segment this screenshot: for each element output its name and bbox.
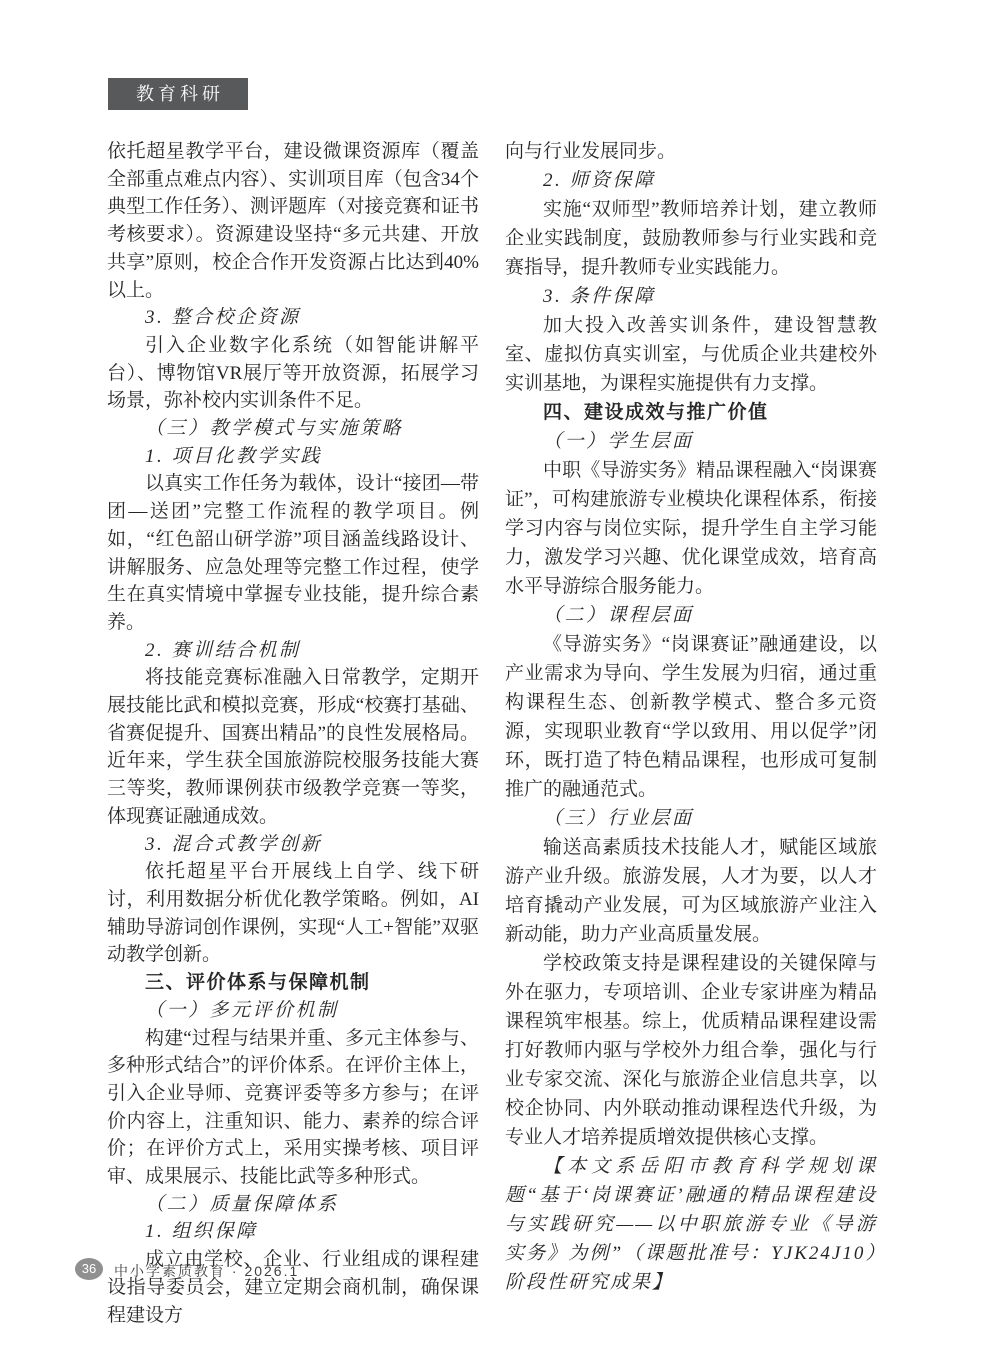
text-block-subhead: （一）多元评价机制 — [107, 997, 479, 1025]
text-block-heading: 三、评价体系与保障机制 — [107, 969, 479, 997]
text-block-paragraph: 实施“双师型”教师培养计划，建立教师企业实践制度，鼓励教师参与行业实践和竞赛指导… — [505, 195, 877, 282]
text-block-subhead: 2. 师资保障 — [505, 166, 877, 195]
text-block-paragraph: 依托超星平台开展线上自学、线下研讨，利用数据分析优化教学策略。例如，AI辅助导游… — [107, 858, 479, 969]
text-block-paragraph: 成立由学校、企业、行业组成的课程建设指导委员会，建立定期会商机制，确保课程建设方 — [107, 1246, 479, 1329]
text-block-subhead: （三）行业层面 — [505, 804, 877, 833]
text-block-paragraph: 构建“过程与结果并重、多元主体参与、多种形式结合”的评价体系。在评价主体上，引入… — [107, 1025, 479, 1191]
journal-footline: 中小学素质教育 · 2026.1 — [114, 1261, 299, 1281]
text-block-paragraph: 中职《导游实务》精品课程融入“岗课赛证”，可构建旅游专业模块化课程体系，衔接学习… — [505, 456, 877, 601]
article-left-column: 依托超星教学平台，建设微课资源库（覆盖全部重点难点内容）、实训项目库（包含34个… — [107, 138, 479, 1329]
text-block-note: 【本文系岳阳市教育科学规划课题“基于‘岗课赛证’融通的精品课程建设与实践研究——… — [505, 1152, 877, 1297]
text-block-heading: 四、建设成效与推广价值 — [505, 398, 877, 427]
text-block-subhead: 3. 整合校企资源 — [107, 304, 479, 332]
text-block-subhead: 3. 混合式教学创新 — [107, 831, 479, 859]
text-block-subhead: （二）质量保障体系 — [107, 1191, 479, 1219]
text-block-paragraph: 《导游实务》“岗课赛证”融通建设，以产业需求为导向、学生发展为归宿，通过重构课程… — [505, 630, 877, 804]
text-block-paragraph: 以真实工作任务为载体，设计“接团—带团—送团”完整工作流程的教学项目。例如，“红… — [107, 470, 479, 636]
journal-page: 教育科研 依托超星教学平台，建设微课资源库（覆盖全部重点难点内容）、实训项目库（… — [0, 0, 992, 1346]
text-block-subhead: （三）教学模式与实施策略 — [107, 415, 479, 443]
text-block-subhead: 2. 赛训结合机制 — [107, 637, 479, 665]
text-block-paragraph: 引入企业数字化系统（如智能讲解平台）、博物馆VR展厅等开放资源，拓展学习场景，弥… — [107, 332, 479, 415]
page-number-badge: 36 — [75, 1258, 103, 1280]
text-block-paragraph: 输送高素质技术技能人才，赋能区域旅游产业升级。旅游发展，人才为要，以人才培育撬动… — [505, 833, 877, 949]
text-block-subhead: （二）课程层面 — [505, 601, 877, 630]
text-block-continued: 依托超星教学平台，建设微课资源库（覆盖全部重点难点内容）、实训项目库（包含34个… — [107, 138, 479, 304]
article-right-column: 向与行业发展同步。2. 师资保障实施“双师型”教师培养计划，建立教师企业实践制度… — [505, 137, 877, 1297]
text-block-paragraph: 将技能竞赛标准融入日常教学，定期开展技能比武和模拟竞赛，形成“校赛打基础、省赛促… — [107, 664, 479, 830]
text-block-subhead: （一）学生层面 — [505, 427, 877, 456]
text-block-paragraph: 学校政策支持是课程建设的关键保障与外在驱力，专项培训、企业专家讲座为精品课程筑牢… — [505, 949, 877, 1152]
text-block-continued: 向与行业发展同步。 — [505, 137, 877, 166]
text-block-paragraph: 加大投入改善实训条件，建设智慧教室、虚拟仿真实训室，与优质企业共建校外实训基地，… — [505, 311, 877, 398]
text-block-subhead: 1. 组织保障 — [107, 1218, 479, 1246]
text-block-subhead: 1. 项目化教学实践 — [107, 443, 479, 471]
section-badge: 教育科研 — [108, 78, 248, 110]
text-block-subhead: 3. 条件保障 — [505, 282, 877, 311]
